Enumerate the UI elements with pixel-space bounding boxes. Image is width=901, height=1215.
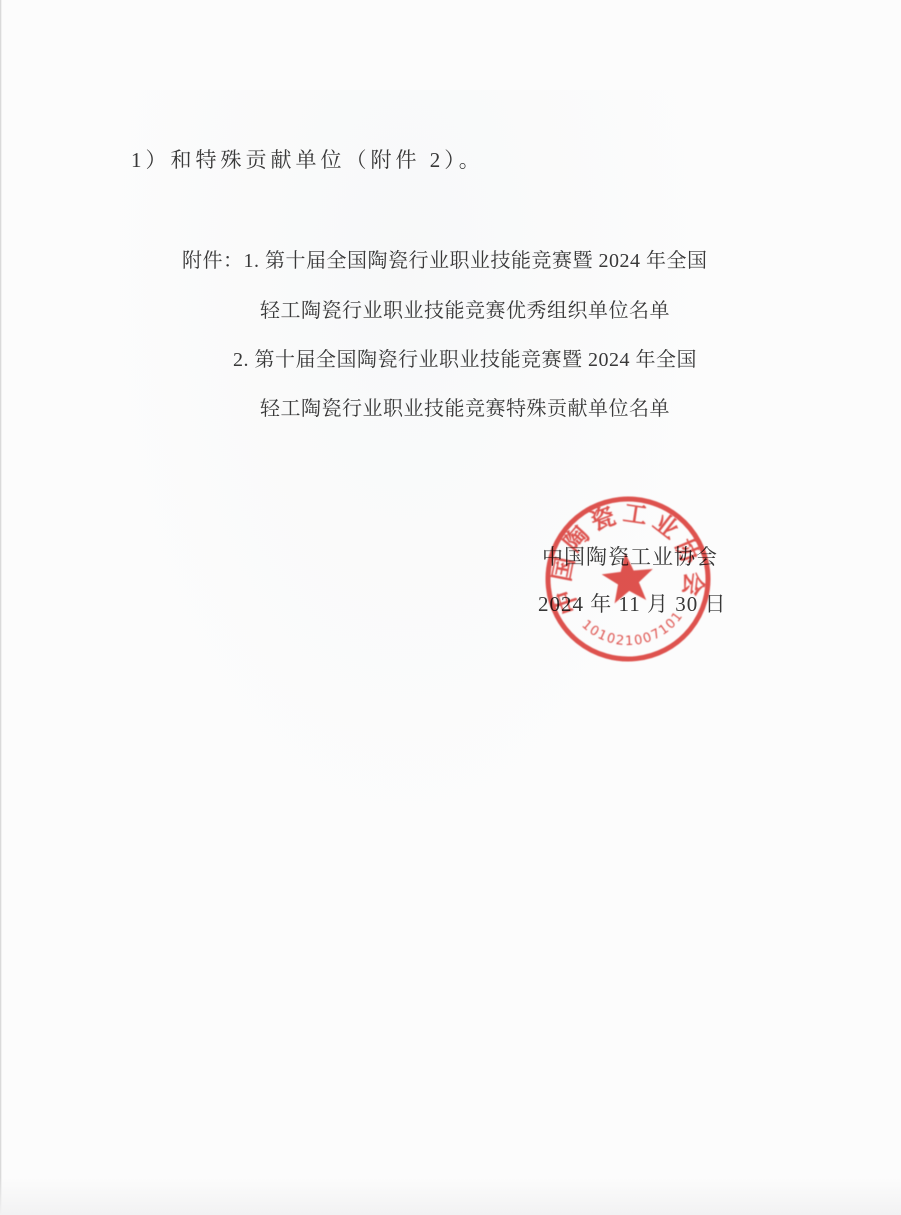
scan-edge-left	[0, 0, 2, 1215]
attachment-list-line-2: 轻工陶瓷行业职业技能竞赛优秀组织单位名单	[260, 299, 670, 324]
attachment-list-line-1: 附件：1. 第十届全国陶瓷行业职业技能竞赛暨 2024 年全国	[182, 249, 708, 274]
seal-star-icon	[600, 550, 656, 604]
official-seal-stamp: 中国陶瓷工业协会 11010210071012	[537, 488, 719, 670]
scan-edge-bottom	[0, 1177, 901, 1215]
attachment-list-line-3: 2. 第十届全国陶瓷行业职业技能竞赛暨 2024 年全国	[233, 348, 697, 373]
scanned-document-page: 1）和特殊贡献单位（附件 2）。 附件：1. 第十届全国陶瓷行业职业技能竞赛暨 …	[0, 0, 901, 1215]
body-text-line: 1）和特殊贡献单位（附件 2）。	[131, 147, 484, 173]
attachment-list-line-4: 轻工陶瓷行业职业技能竞赛特殊贡献单位名单	[260, 397, 670, 422]
